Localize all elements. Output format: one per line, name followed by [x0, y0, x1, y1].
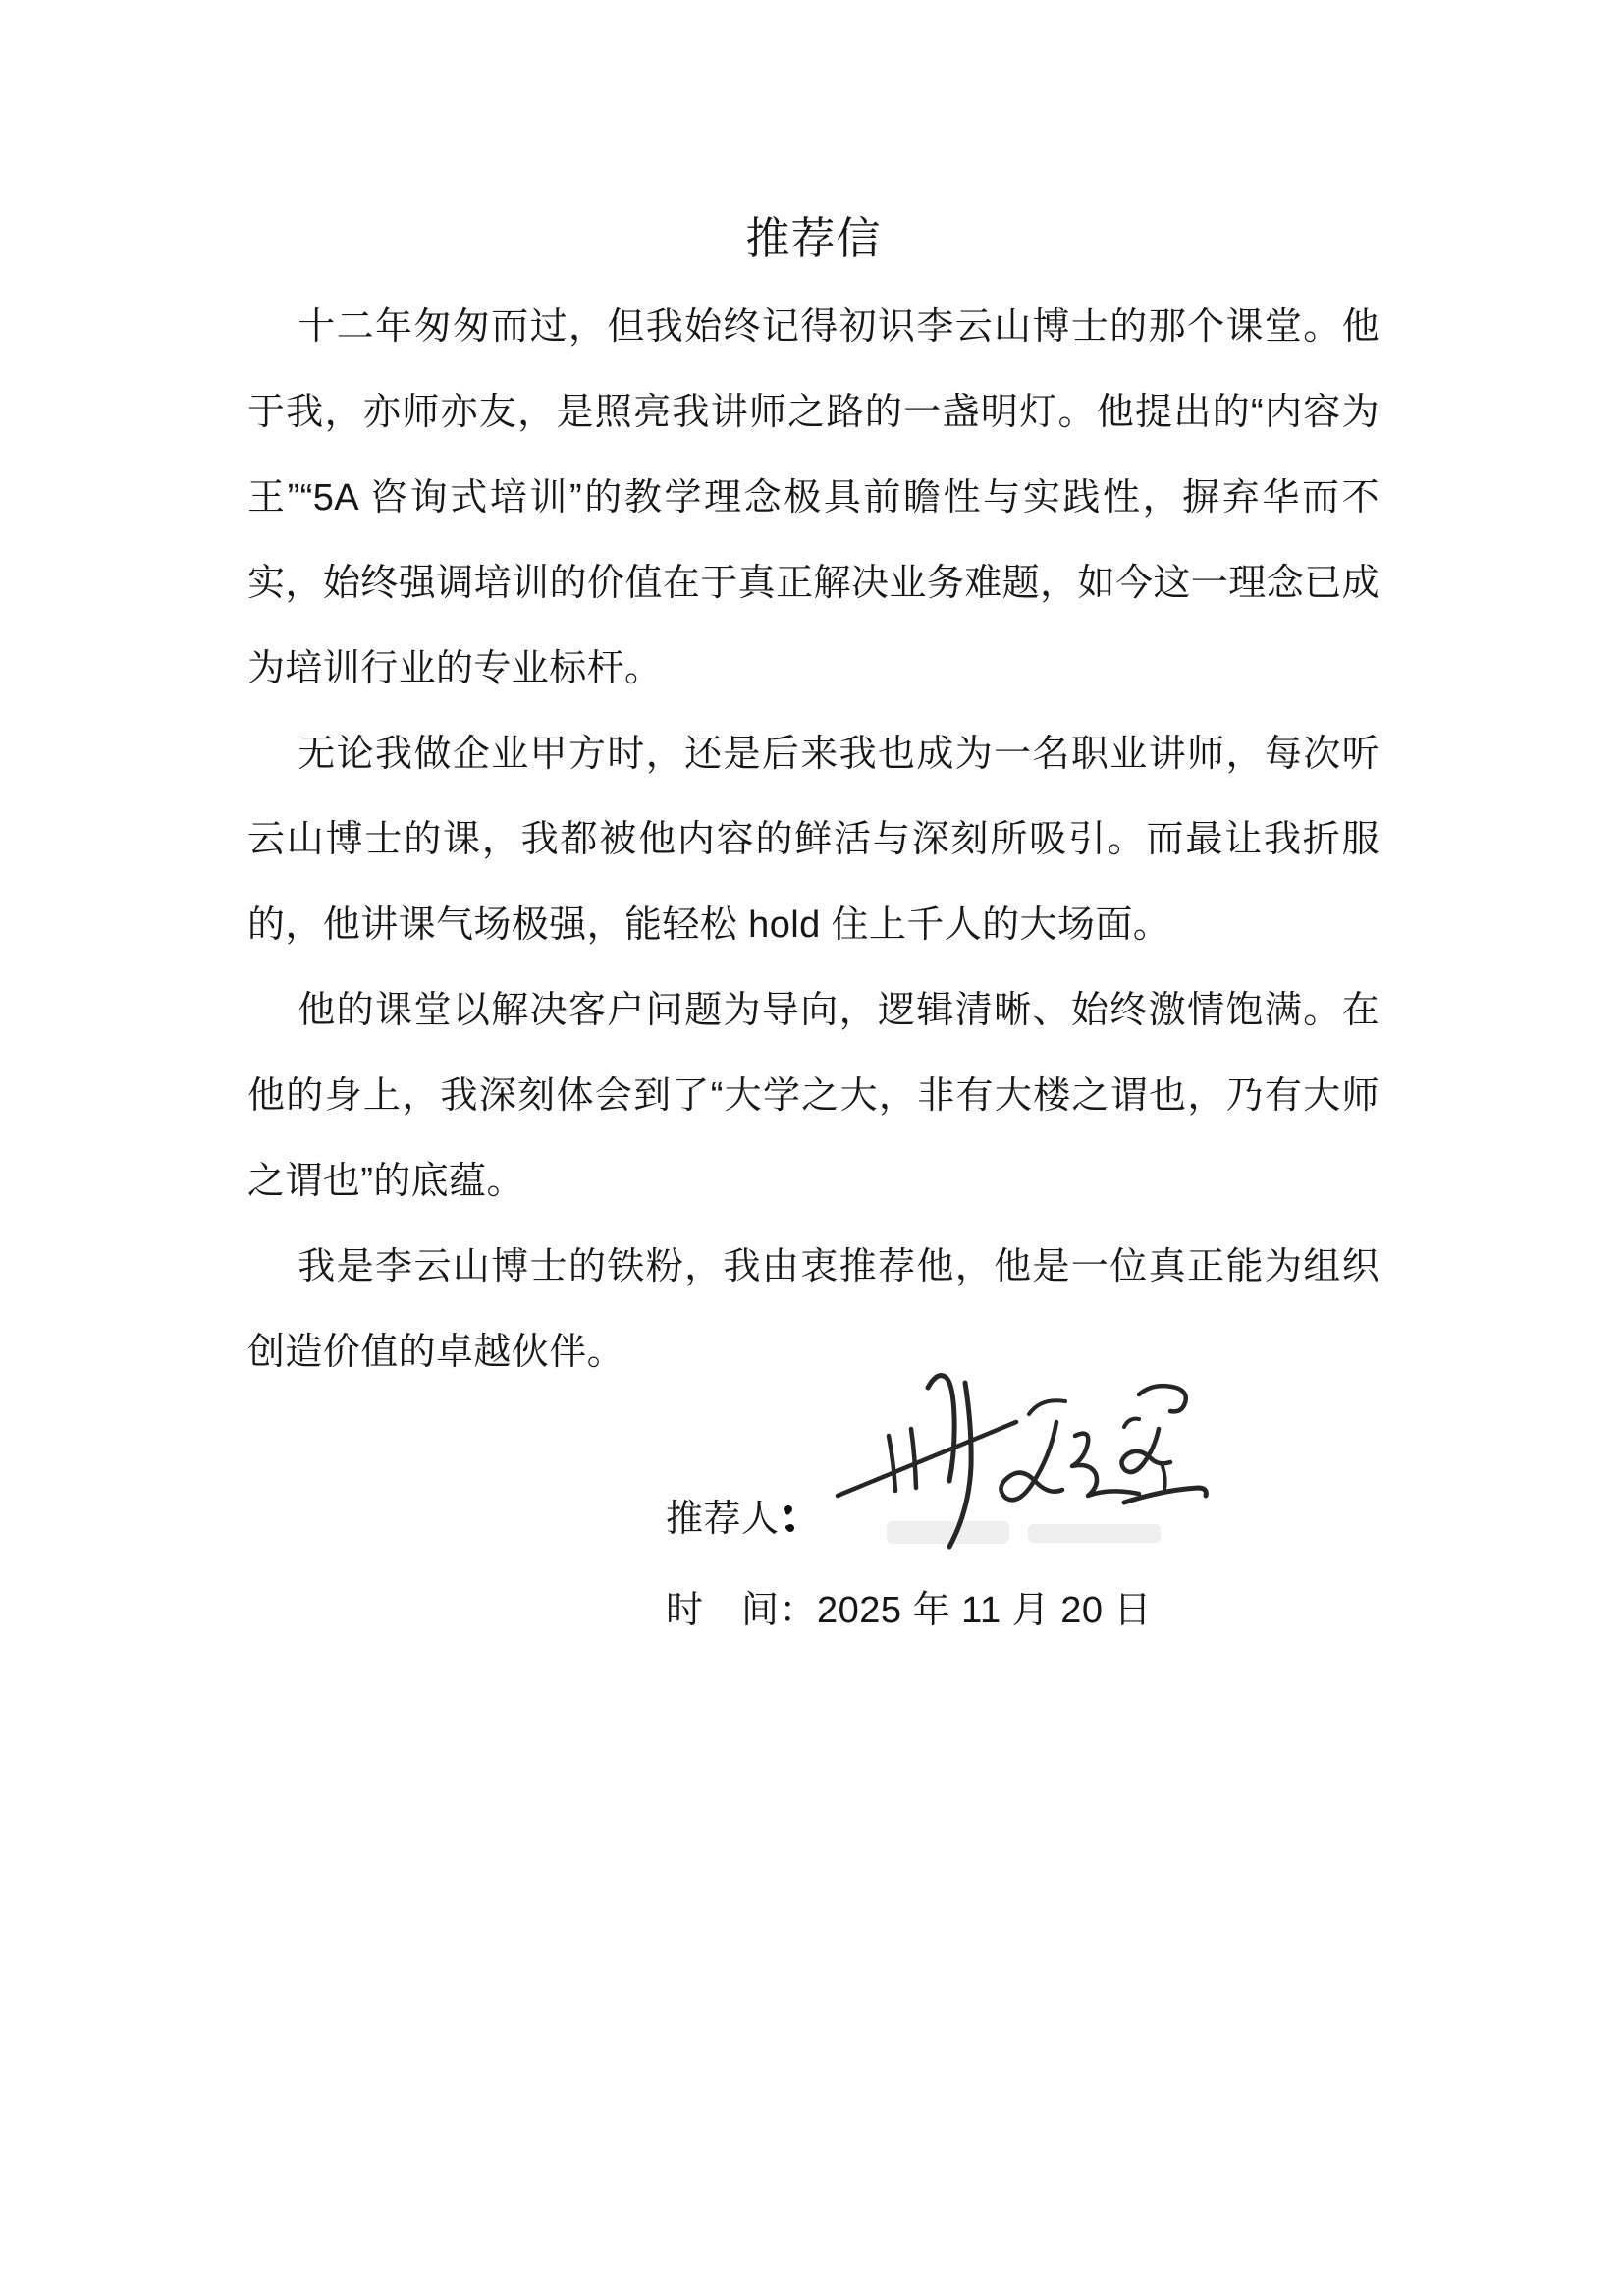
- paragraph-1: 十二年匆匆而过，但我始终记得初识李云山博士的那个课堂。他于我，亦师亦友，是照亮我…: [247, 285, 1380, 712]
- recommendation-letter-page: 推荐信 十二年匆匆而过，但我始终记得初识李云山博士的那个课堂。他于我，亦师亦友，…: [0, 0, 1623, 2296]
- date-label: 时 间：: [666, 1590, 817, 1631]
- handwritten-signature: [781, 1368, 1222, 1559]
- date-line: 时 间：2025 年 11 月 20 日: [247, 1568, 1380, 1654]
- date-value: 2025 年 11 月 20 日: [817, 1590, 1152, 1631]
- paragraph-2: 无论我做企业甲方时，还是后来我也成为一名职业讲师，每次听云山博士的课，我都被他内…: [247, 712, 1380, 968]
- letter-title: 推荐信: [247, 208, 1380, 269]
- letter-body: 十二年匆匆而过，但我始终记得初识李云山博士的那个课堂。他于我，亦师亦友，是照亮我…: [247, 285, 1380, 1395]
- paragraph-3: 他的课堂以解决客户问题为导向，逻辑清晰、始终激情饱满。在他的身上，我深刻体会到了…: [247, 968, 1380, 1225]
